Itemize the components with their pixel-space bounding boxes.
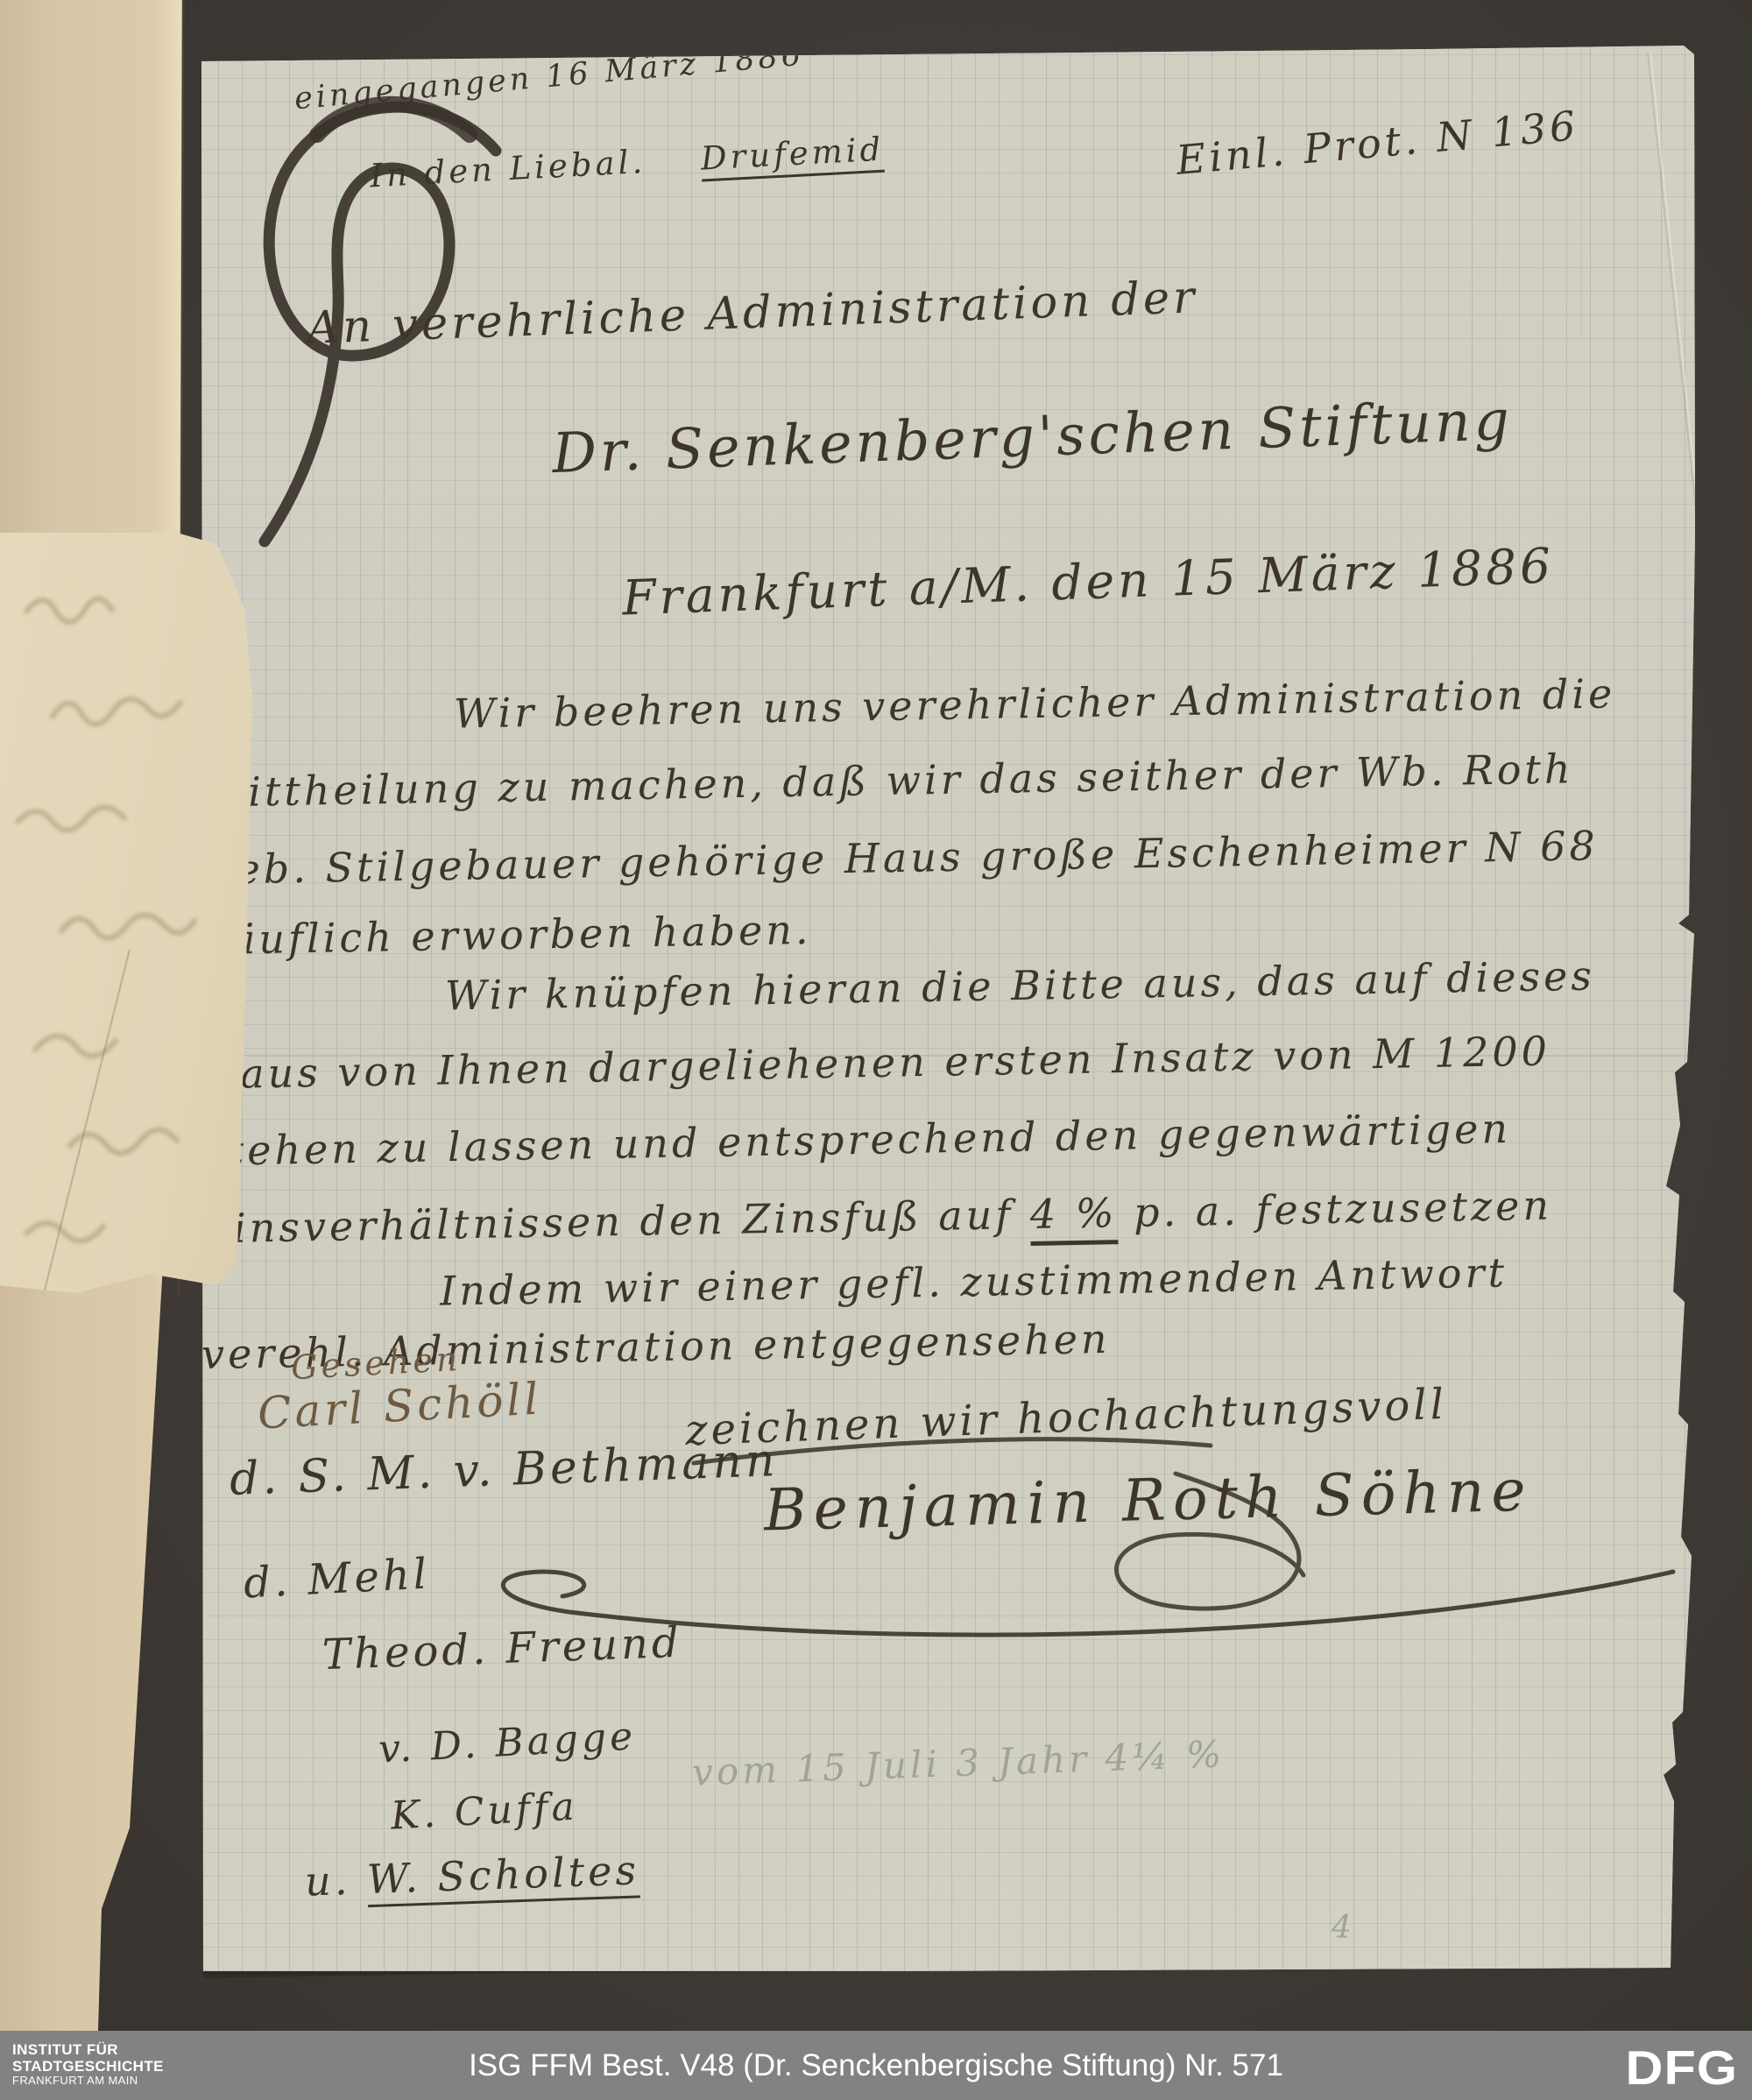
body-p1-line2: Mittheilung zu machen, daß wir das seith… [203, 745, 1574, 816]
signatory-cuffa: K. Cuffa [390, 1784, 579, 1838]
receipt-note-underlined: Drufemid [700, 131, 886, 182]
pencil-mark: 4 [1332, 1910, 1355, 1946]
dfg-logo: DFG [1625, 2040, 1738, 2096]
signatory-scholtes-name: W. Scholtes [366, 1846, 640, 1907]
p2-line4-post: p. a. festzusetzen [1117, 1182, 1552, 1237]
interest-rate: 4 % [1029, 1189, 1118, 1246]
signatory-scholtes-prefix: u. [304, 1856, 368, 1905]
body-p2-line2: Haus von Ihnen dargeliehenen ersten Insa… [201, 1028, 1551, 1099]
signatory-freund: Theod. Freund [321, 1618, 682, 1679]
body-p1-line1: Wir beehren uns verehrlicher Administrat… [454, 669, 1616, 737]
receipt-note-prefix: In den Liebal. [369, 143, 646, 194]
pencil-note: vom 15 Juli 3 Jahr 4¼ % [691, 1732, 1226, 1793]
closing-line: zeichnen wir hochachtungsvoll [684, 1380, 1448, 1455]
overlapping-loose-sheet [0, 533, 252, 1293]
body-p2-line4: Zinsverhältnissen den Zinsfuß auf 4 % p.… [201, 1182, 1553, 1253]
archive-caption-bar: INSTITUT FÜR STADTGESCHICHTE FRANKFURT A… [0, 2031, 1752, 2100]
company-signature: Benjamin Roth Söhne [763, 1457, 1533, 1545]
receipt-note-line2: In den Liebal. Drufemid [369, 131, 885, 195]
recipient-line2: Dr. Senkenberg'schen Stiftung [551, 388, 1514, 485]
body-p2-line1: Wir knüpfen hieran die Bitte aus, das au… [445, 952, 1596, 1020]
signatory-mehl: d. Mehl [243, 1549, 432, 1608]
body-p2-line3: stehen zu lassen und entsprechend den ge… [203, 1105, 1512, 1175]
recipient-line1: An verehrliche Administration der [306, 272, 1198, 354]
scan-background: eingegangen 16 März 1886 In den Liebal. … [0, 0, 1752, 2100]
p2-line4-pre: Zinsverhältnissen den Zinsfuß auf [201, 1191, 1031, 1253]
bleed-through-writing [0, 533, 252, 1293]
signatory-bethmann: d. S. M. v. Bethmann [229, 1434, 779, 1506]
body-p3-line1: Indem wir einer gefl. zustimmenden Antwo… [440, 1248, 1508, 1314]
fold-crease-highlight [1650, 53, 1724, 741]
letter-scan: eingegangen 16 März 1886 In den Liebal. … [194, 46, 1698, 1971]
signatory-bagge: v. D. Bagge [378, 1714, 638, 1771]
dateline: Frankfurt a/M. den 15 März 1886 [621, 537, 1555, 626]
fold-crease [1647, 53, 1721, 741]
signatory-scholtes: u. W. Scholtes [304, 1846, 640, 1905]
body-p1-line3: geb. Stilgebauer gehörige Haus große Esc… [207, 822, 1599, 894]
protocol-number: Einl. Prot. N 136 [1175, 102, 1581, 184]
body-p1-line4: käuflich erworben haben. [203, 906, 812, 964]
archive-reference: ISG FFM Best. V48 (Dr. Senckenbergische … [0, 2031, 1752, 2100]
fold-crease-vertical [1580, 46, 1582, 335]
receipt-note-line1: eingegangen 16 März 1886 [293, 38, 805, 117]
